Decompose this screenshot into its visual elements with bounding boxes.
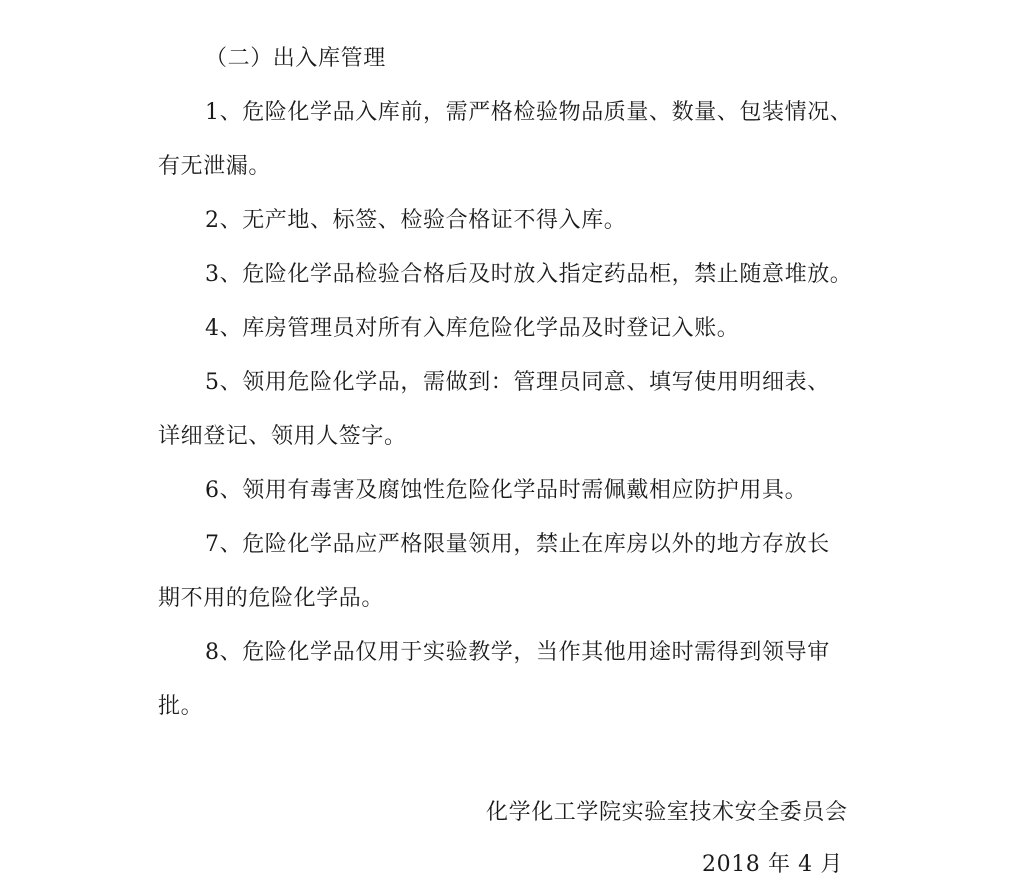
item-8-line-2: 批。 <box>158 692 203 722</box>
item-1-line-2: 有无泄漏。 <box>158 152 271 182</box>
signature-date: 2018 年 4 月 <box>702 850 843 880</box>
item-1-line-1: 1、危险化学品入库前，需严格检验物品质量、数量、包装情况、 <box>205 98 852 128</box>
item-8-line-1: 8、危险化学品仅用于实验教学，当作其他用途时需得到领导审 <box>205 638 830 668</box>
item-5-line-2: 详细登记、领用人签字。 <box>158 422 407 452</box>
item-3-line-1: 3、危险化学品检验合格后及时放入指定药品柜，禁止随意堆放。 <box>205 260 852 290</box>
item-2-line-1: 2、无产地、标签、检验合格证不得入库。 <box>205 206 626 236</box>
document-page: （二）出入库管理 1、危险化学品入库前，需严格检验物品质量、数量、包装情况、 有… <box>0 0 1024 890</box>
section-title: （二）出入库管理 <box>205 44 386 74</box>
item-7-line-2: 期不用的危险化学品。 <box>158 584 384 614</box>
signature-organization: 化学化工学院实验室技术安全委员会 <box>486 798 848 828</box>
item-4-line-1: 4、库房管理员对所有入库危险化学品及时登记入账。 <box>205 314 739 344</box>
item-5-line-1: 5、领用危险化学品，需做到：管理员同意、填写使用明细表、 <box>205 368 830 398</box>
item-7-line-1: 7、危险化学品应严格限量领用，禁止在库房以外的地方存放长 <box>205 530 830 560</box>
item-6-line-1: 6、领用有毒害及腐蚀性危险化学品时需佩戴相应防护用具。 <box>205 476 807 506</box>
